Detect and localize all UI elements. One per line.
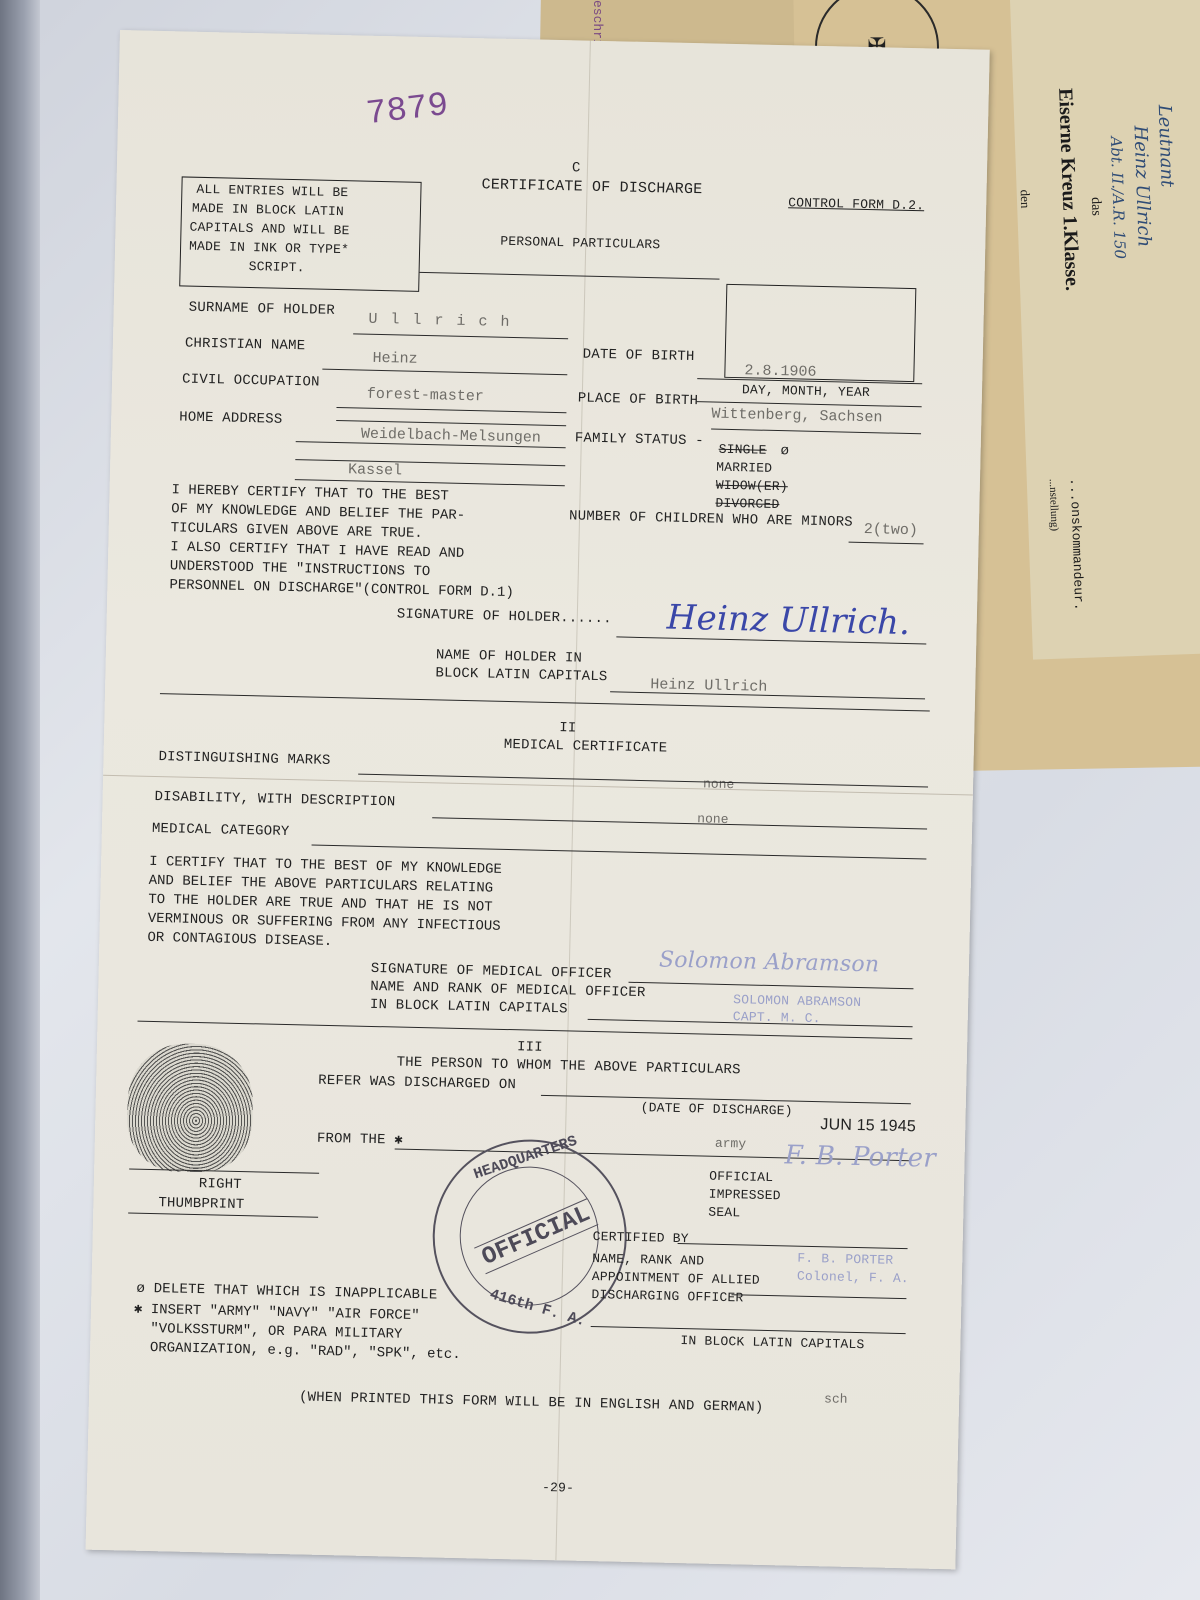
place-of-birth-label: PLACE OF BIRTH (578, 390, 699, 409)
card-handwriting-name: Heinz Ullrich (1129, 125, 1154, 247)
date-of-birth-value: 2.8.1906 (744, 362, 816, 381)
family-status-label: FAMILY STATUS - (575, 430, 704, 449)
card-handwriting-unit: Abt. II./A.R. 150 (1107, 136, 1129, 259)
discharging-officer-name: F. B. PORTER (797, 1251, 893, 1268)
christian-name-label: CHRISTIAN NAME (185, 336, 306, 355)
section-2-number: II (559, 720, 577, 736)
distinguishing-marks-value: none (703, 776, 735, 792)
card-award-title: Eiserne Kreuz 1.Klasse. (1053, 88, 1083, 292)
family-status-mark: ø (780, 443, 789, 459)
children-value: 2(two) (864, 521, 918, 539)
family-status-divorced: DIVORCED (715, 496, 779, 512)
page-number: -29- (542, 1480, 574, 1496)
card-den: den (1017, 189, 1034, 208)
medical-officer-name: SOLOMON ABRAMSON (733, 992, 861, 1010)
insert-footnote: ✱ INSERT "ARMY" "NAVY" "AIR FORCE" "VOLK… (133, 1301, 462, 1365)
section-personal-particulars: PERSONAL PARTICULARS (500, 234, 660, 253)
printing-note: (WHEN PRINTED THIS FORM WILL BE IN ENGLI… (299, 1389, 764, 1416)
date-of-discharge-stamp: JUN 15 1945 (820, 1116, 916, 1136)
card-das: das (1087, 197, 1104, 216)
iron-cross-award-card: das Eiserne Kreuz 1.Klasse. den Leutnant… (1010, 0, 1200, 660)
right-thumbprint (126, 1042, 254, 1173)
certifying-officer-signature: F. B. Porter (784, 1140, 936, 1173)
surname-value: U l l r i c h (368, 311, 511, 331)
holder-certification-text: I HEREBY CERTIFY THAT TO THE BEST OF MY … (169, 481, 516, 603)
thumbprint-label-1: RIGHT (199, 1176, 242, 1193)
holder-signature: Heinz Ullrich. (666, 598, 910, 644)
date-format-caption: DAY, MONTH, YEAR (742, 382, 870, 400)
distinguishing-marks-label: DISTINGUISHING MARKS (158, 749, 330, 769)
section-3-number: III (517, 1039, 543, 1056)
card-handwriting-rank: Leutnant (1154, 104, 1178, 187)
civil-occupation-value: forest-master (367, 386, 484, 406)
instructions-box: ALL ENTRIES WILL BE MADE IN BLOCK LATIN … (179, 176, 421, 291)
signature-of-holder-label: SIGNATURE OF HOLDER...... (397, 606, 612, 627)
medical-certification-text: I CERTIFY THAT TO THE BEST OF MY KNOWLED… (147, 853, 502, 956)
document-title: CERTIFICATE OF DISCHARGE (481, 176, 702, 198)
thumbprint-label-2: THUMBPRINT (158, 1195, 244, 1213)
medical-officer-name-label-2: IN BLOCK LATIN CAPITALS (370, 997, 568, 1017)
name-block-label-1: NAME OF HOLDER IN (436, 647, 583, 666)
discharging-officer-label-1: NAME, RANK AND (592, 1251, 704, 1269)
home-address-line2: Kassel (348, 461, 402, 479)
control-form-label: CONTROL FORM D.2. (788, 195, 924, 213)
children-label: NUMBER OF CHILDREN WHO ARE MINORS (569, 508, 853, 530)
delete-footnote: ø DELETE THAT WHICH IS INAPPLICABLE (136, 1281, 437, 1304)
certificate-of-discharge: 7879 C CERTIFICATE OF DISCHARGE CONTROL … (86, 30, 990, 1569)
civil-occupation-label: CIVIL OCCUPATION (182, 372, 320, 391)
official-seal-label-1: OFFICIAL (709, 1169, 773, 1185)
discharge-text-2: REFER WAS DISCHARGED ON (318, 1073, 516, 1093)
block-capitals-caption: IN BLOCK LATIN CAPITALS (680, 1333, 864, 1352)
name-block-label-2: BLOCK LATIN CAPITALS (435, 665, 607, 685)
family-status-widower: WIDOW(ER) (716, 478, 788, 495)
typist-initials: sch (824, 1391, 848, 1407)
section-marker: C (572, 160, 581, 176)
medical-officer-signature: Solomon Abramson (659, 947, 880, 977)
medical-category-label: MEDICAL CATEGORY (152, 821, 290, 840)
christian-name-value: Heinz (372, 350, 417, 368)
discharging-officer-label-2: APPOINTMENT OF ALLIED (592, 1269, 760, 1288)
surname-label: SURNAME OF HOLDER (189, 300, 336, 319)
serial-stamp: 7879 (364, 87, 450, 134)
from-the-label: FROM THE ✱ (317, 1130, 403, 1149)
fold-vertical (555, 41, 590, 1561)
discharging-officer-rank: Colonel, F. A. (797, 1269, 909, 1287)
certified-by-label: CERTIFIED BY (593, 1229, 689, 1246)
binder-edge (0, 0, 40, 1600)
date-of-birth-label: DATE OF BIRTH (583, 347, 695, 366)
from-the-value: army (715, 1136, 747, 1152)
date-of-discharge-caption: (DATE OF DISCHARGE) (641, 1100, 793, 1118)
disability-label: DISABILITY, WITH DESCRIPTION (154, 789, 395, 810)
official-seal-label-3: SEAL (708, 1205, 740, 1221)
section-2-title: MEDICAL CERTIFICATE (504, 737, 668, 757)
home-address-label: HOME ADDRESS (179, 409, 283, 427)
card-lower-print-2: ...onskommandeur. (1067, 478, 1087, 611)
family-status-single: SINGLE (718, 442, 766, 458)
place-of-birth-value: Wittenberg, Sachsen (711, 406, 882, 427)
family-status-married: MARRIED (716, 460, 772, 476)
discharging-officer-label-3: DISCHARGING OFFICER (591, 1287, 743, 1305)
official-seal-label-2: IMPRESSED (709, 1187, 781, 1204)
card-lower-print-1: ...nstellung) (1047, 479, 1061, 532)
